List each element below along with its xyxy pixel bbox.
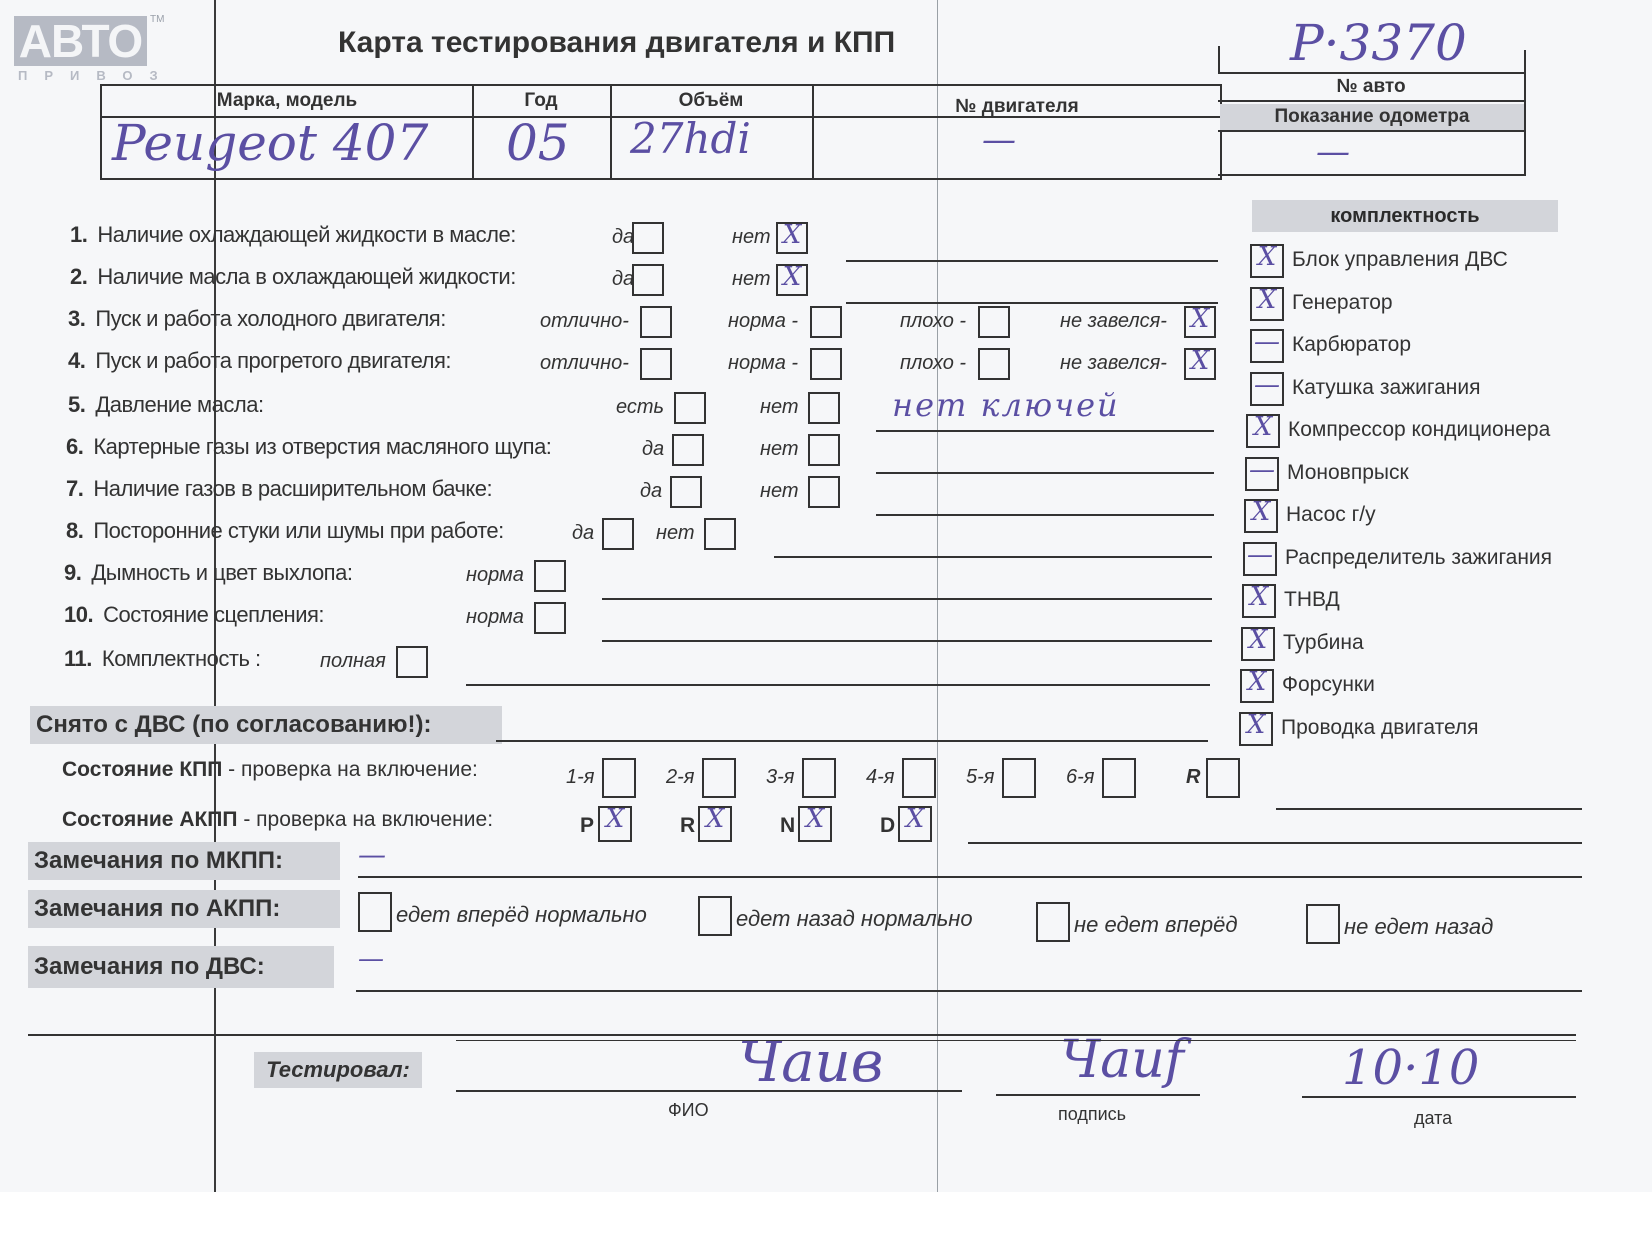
option-label: полная	[320, 650, 386, 673]
checkbox-mark: X	[1244, 582, 1274, 612]
name-caption: ФИО	[668, 1100, 709, 1121]
akpp-remark-checkbox[interactable]	[698, 896, 732, 936]
checkbox-mark: X	[1252, 285, 1282, 315]
signature-value: Чаиf	[1060, 1030, 1184, 1090]
removed-line	[496, 740, 1208, 742]
col-label-model: Марка, модель	[102, 90, 472, 112]
question-number: 11.	[64, 646, 92, 671]
question-text: Наличие масла в охлаждающей жидкости:	[97, 264, 515, 289]
gear-checkbox[interactable]	[702, 758, 736, 798]
kit-item-label: Турбина	[1283, 631, 1364, 655]
akpp-remark-checkbox[interactable]	[1306, 904, 1340, 944]
option-label: норма	[466, 606, 524, 629]
option-checkbox[interactable]	[632, 264, 664, 296]
question-row: 2.Наличие масла в охлаждающей жидкости:	[70, 264, 516, 290]
checkbox-mark: X	[900, 804, 930, 834]
name-line	[456, 1090, 962, 1092]
gear-checkbox[interactable]	[902, 758, 936, 798]
car-number-box	[1218, 72, 1524, 74]
question-row: 10.Состояние сцепления:	[64, 602, 324, 628]
kit-item-label: Компрессор кондиционера	[1288, 418, 1550, 442]
gear-checkbox[interactable]	[802, 758, 836, 798]
akpp-remarks-label: Замечания по АКПП:	[28, 890, 340, 928]
col-label-year: Год	[472, 90, 610, 112]
option-label: да	[572, 522, 594, 545]
kit-checkbox[interactable]: X	[1250, 244, 1284, 278]
question-row: 8.Посторонние стуки или шумы при работе:	[66, 518, 504, 544]
kit-item-label: Форсунки	[1282, 673, 1375, 697]
option-label: нет	[732, 226, 771, 249]
option-checkbox[interactable]	[808, 476, 840, 508]
kit-checkbox[interactable]: —	[1245, 457, 1279, 491]
kit-checkbox[interactable]: X	[1240, 669, 1274, 703]
option-label: нет	[760, 480, 799, 503]
option-label: плохо -	[900, 310, 966, 333]
akpp-remark-label: едет вперёд нормально	[396, 902, 647, 928]
mkpp-remarks-line	[358, 876, 1582, 878]
kit-item-label: Проводка двигателя	[1281, 716, 1479, 740]
option-checkbox[interactable]	[672, 434, 704, 466]
gear-checkbox[interactable]	[1002, 758, 1036, 798]
gear-checkbox[interactable]	[602, 758, 636, 798]
question-text: Наличие охлаждающей жидкости в масле:	[97, 222, 515, 247]
question-number: 7.	[66, 476, 83, 501]
answer-line	[876, 430, 1214, 432]
question-text: Пуск и работа холодного двигателя:	[95, 306, 445, 331]
gear-checkbox[interactable]: X	[898, 806, 932, 842]
option-checkbox[interactable]	[534, 560, 566, 592]
gear-label: 1-я	[566, 766, 594, 789]
option-checkbox[interactable]	[808, 434, 840, 466]
answer-line	[876, 514, 1214, 516]
question-text: Состояние сцепления:	[103, 602, 324, 627]
engine-number-value: —	[982, 120, 1016, 160]
checkbox-mark: X	[800, 804, 830, 834]
kit-item-label: Карбюратор	[1292, 333, 1411, 357]
question-text: Пуск и работа прогретого двигателя:	[95, 348, 451, 373]
volume-value: 27hdi	[630, 114, 751, 163]
question-text: Дымность и цвет выхлопа:	[91, 560, 352, 585]
manual-gearbox-line	[1276, 808, 1582, 810]
option-checkbox[interactable]	[670, 476, 702, 508]
checkbox-mark: X	[1248, 412, 1278, 442]
answer-line	[602, 598, 1212, 600]
option-label: да	[640, 480, 662, 503]
question-number: 6.	[66, 434, 83, 459]
kit-item-label: ТНВД	[1284, 588, 1340, 612]
gear-checkbox[interactable]: X	[798, 806, 832, 842]
question-text: Посторонние стуки или шумы при работе:	[93, 518, 503, 543]
answer-line	[466, 684, 1210, 686]
model-value: Peugeot 407	[112, 114, 428, 172]
option-label: норма -	[728, 310, 798, 333]
question-row: 9.Дымность и цвет выхлопа:	[64, 560, 352, 586]
checkbox-mark: —	[1252, 327, 1282, 357]
question-text: Комплектность :	[102, 646, 261, 671]
checkbox-mark: X	[1186, 304, 1214, 334]
header-top-extension	[1218, 100, 1526, 102]
gear-label: N	[780, 814, 795, 838]
question-number: 1.	[70, 222, 87, 247]
gear-label: D	[880, 814, 895, 838]
logo-subtitle: ПРИВОЗ	[18, 68, 175, 83]
manual-gearbox-label-rest: - проверка на включение:	[222, 758, 478, 781]
gear-label: 2-я	[666, 766, 694, 789]
signature-line	[996, 1094, 1200, 1096]
gear-label: 4-я	[866, 766, 894, 789]
option-label: есть	[616, 396, 664, 419]
checkbox-mark: X	[700, 804, 730, 834]
kit-item-label: Катушка зажигания	[1292, 376, 1480, 400]
page-title: Карта тестирования двигателя и КПП	[338, 26, 895, 60]
logo-trademark: TM	[150, 14, 164, 25]
akpp-remark-checkbox[interactable]	[1036, 902, 1070, 942]
question-number: 3.	[68, 306, 85, 331]
gear-label: 3-я	[766, 766, 794, 789]
akpp-remark-label: не едет вперёд	[1074, 912, 1238, 938]
gear-label: R	[680, 814, 695, 838]
option-checkbox[interactable]	[396, 646, 428, 678]
gear-label: R	[1186, 766, 1200, 789]
question-text: Давление масла:	[95, 392, 263, 417]
auto-gearbox-line	[968, 842, 1582, 844]
odometer-value: —	[1316, 132, 1350, 172]
checkbox-mark: X	[778, 220, 806, 250]
kit-item-label: Распределитель зажигания	[1285, 546, 1552, 570]
question-text: Наличие газов в расширительном бачке:	[93, 476, 492, 501]
checkbox-mark: X	[600, 804, 630, 834]
checkbox-mark: X	[1243, 625, 1273, 655]
question-row: 6.Картерные газы из отверстия масляного …	[66, 434, 551, 460]
car-number-value: P·3370	[1290, 14, 1467, 72]
checkbox-mark: X	[1241, 710, 1271, 740]
odometer-box-right	[1524, 72, 1526, 176]
auto-gearbox-label-bold: Состояние АКПП	[62, 808, 238, 831]
dvs-remarks-label: Замечания по ДВС:	[28, 946, 334, 988]
option-label: плохо -	[900, 352, 966, 375]
answer-line	[846, 302, 1218, 304]
option-checkbox[interactable]	[810, 348, 842, 380]
manual-gearbox-label-bold: Состояние КПП	[62, 758, 222, 781]
removed-section-label: Снято с ДВС (по согласованию!):	[30, 706, 502, 744]
option-label: норма -	[728, 352, 798, 375]
header-bottom-extension	[1218, 174, 1526, 176]
gear-checkbox[interactable]: X	[698, 806, 732, 842]
option-label: отлично-	[540, 352, 629, 375]
checkbox-mark: —	[1247, 455, 1277, 485]
akpp-remark-label: едет назад нормально	[736, 906, 973, 932]
gear-label: P	[580, 814, 594, 838]
option-label: норма	[466, 564, 524, 587]
gear-checkbox[interactable]: X	[598, 806, 632, 842]
akpp-remark-label: не едет назад	[1344, 914, 1493, 940]
option-checkbox[interactable]: X	[1184, 348, 1216, 380]
signature-caption: подпись	[1058, 1104, 1126, 1125]
logo: АВТО	[14, 16, 147, 66]
car-number-label: № авто	[1218, 76, 1524, 98]
kit-item-label: Генератор	[1292, 291, 1393, 315]
kit-title: комплектность	[1252, 200, 1558, 232]
gear-label: 6-я	[1066, 766, 1094, 789]
kit-checkbox[interactable]: X	[1244, 499, 1278, 533]
option-checkbox[interactable]	[602, 518, 634, 550]
question-number: 8.	[66, 518, 83, 543]
option-checkbox[interactable]	[978, 348, 1010, 380]
question-row: 1.Наличие охлаждающей жидкости в масле:	[70, 222, 516, 248]
question-row: 3.Пуск и работа холодного двигателя:	[68, 306, 446, 332]
kit-checkbox[interactable]: —	[1243, 542, 1277, 576]
date-line	[1302, 1096, 1576, 1098]
kit-checkbox[interactable]: X	[1241, 627, 1275, 661]
kit-item-label: Насос г/у	[1286, 503, 1376, 527]
upper-footer-line	[456, 1040, 1576, 1041]
answer-line	[876, 472, 1214, 474]
col-label-engine-number: № двигателя	[814, 96, 1220, 118]
answer-line	[846, 260, 1218, 262]
odometer-label-line	[1218, 130, 1526, 132]
date-value: 10·10	[1342, 1040, 1479, 1096]
option-checkbox[interactable]	[704, 518, 736, 550]
kit-item-label: Моновпрыск	[1287, 461, 1409, 485]
checkbox-mark: —	[1245, 540, 1275, 570]
akpp-remark-checkbox[interactable]	[358, 892, 392, 932]
mkpp-remarks-value: —	[358, 838, 386, 871]
checkbox-mark: X	[1186, 346, 1214, 376]
question-row: 7.Наличие газов в расширительном бачке:	[66, 476, 492, 502]
date-caption: дата	[1414, 1108, 1452, 1129]
mkpp-remarks-label: Замечания по МКПП:	[28, 842, 340, 880]
car-number-box-left	[1218, 46, 1220, 74]
question-row: 11.Комплектность :	[64, 646, 261, 672]
vehicle-header-table: Марка, модель Год Объём № двигателя Peug…	[100, 84, 1222, 180]
manual-gearbox-label: Состояние КПП - проверка на включение:	[62, 758, 478, 782]
checkbox-mark: X	[1242, 667, 1272, 697]
question-number: 5.	[68, 392, 85, 417]
kit-checkbox[interactable]: —	[1250, 329, 1284, 363]
auto-gearbox-label-rest: - проверка на включение:	[238, 808, 494, 831]
checkbox-mark: X	[1246, 497, 1276, 527]
gear-checkbox[interactable]	[1206, 758, 1240, 798]
question-number: 2.	[70, 264, 87, 289]
kit-checkbox[interactable]: X	[1246, 414, 1280, 448]
option-checkbox[interactable]	[640, 306, 672, 338]
dvs-remarks-value: —	[358, 944, 384, 974]
option-checkbox[interactable]: X	[776, 222, 808, 254]
question-text: Картерные газы из отверстия масляного щу…	[93, 434, 551, 459]
checkbox-mark: X	[1252, 242, 1282, 272]
dvs-remarks-line	[356, 990, 1582, 992]
option-checkbox[interactable]	[640, 348, 672, 380]
option-checkbox[interactable]	[808, 392, 840, 424]
odometer-label: Показание одометра	[1220, 104, 1524, 130]
option-checkbox[interactable]	[978, 306, 1010, 338]
answer-line	[774, 556, 1212, 558]
gear-label: 5-я	[966, 766, 994, 789]
option-label: отлично-	[540, 310, 629, 333]
auto-gearbox-label: Состояние АКПП - проверка на включение:	[62, 808, 493, 832]
option-label: нет	[656, 522, 695, 545]
tested-label: Тестировал:	[254, 1052, 422, 1088]
year-value: 05	[506, 114, 570, 172]
question-row: 4.Пуск и работа прогретого двигателя:	[68, 348, 451, 374]
gear-checkbox[interactable]	[1102, 758, 1136, 798]
option-label: нет	[732, 268, 771, 291]
option-label: да	[612, 226, 634, 249]
question-number: 10.	[64, 602, 93, 627]
option-checkbox[interactable]: X	[776, 264, 808, 296]
option-label: не завелся-	[1060, 352, 1167, 375]
kit-checkbox[interactable]: —	[1250, 372, 1284, 406]
option-label: да	[612, 268, 634, 291]
kit-checkbox[interactable]: X	[1239, 712, 1273, 746]
question-number: 4.	[68, 348, 85, 373]
option-checkbox[interactable]	[534, 602, 566, 634]
option-label: нет	[760, 438, 799, 461]
option-checkbox[interactable]	[674, 392, 706, 424]
option-label: не завелся-	[1060, 310, 1167, 333]
option-label: нет	[760, 396, 799, 419]
kit-checkbox[interactable]: X	[1250, 287, 1284, 321]
scanned-form: АВТО TM ПРИВОЗ Карта тестирования двигат…	[0, 0, 1652, 1192]
option-label: да	[642, 438, 664, 461]
checkbox-mark: X	[778, 262, 806, 292]
col-label-volume: Объём	[610, 90, 812, 112]
kit-item-label: Блок управления ДВС	[1292, 248, 1508, 272]
question-number: 9.	[64, 560, 81, 585]
answer-line	[602, 640, 1212, 642]
answer-note: нет ключей	[892, 386, 1120, 424]
option-checkbox[interactable]: X	[1184, 306, 1216, 338]
question-row: 5.Давление масла:	[68, 392, 264, 418]
checkbox-mark: —	[1252, 370, 1282, 400]
option-checkbox[interactable]	[810, 306, 842, 338]
kit-checkbox[interactable]: X	[1242, 584, 1276, 618]
option-checkbox[interactable]	[632, 222, 664, 254]
